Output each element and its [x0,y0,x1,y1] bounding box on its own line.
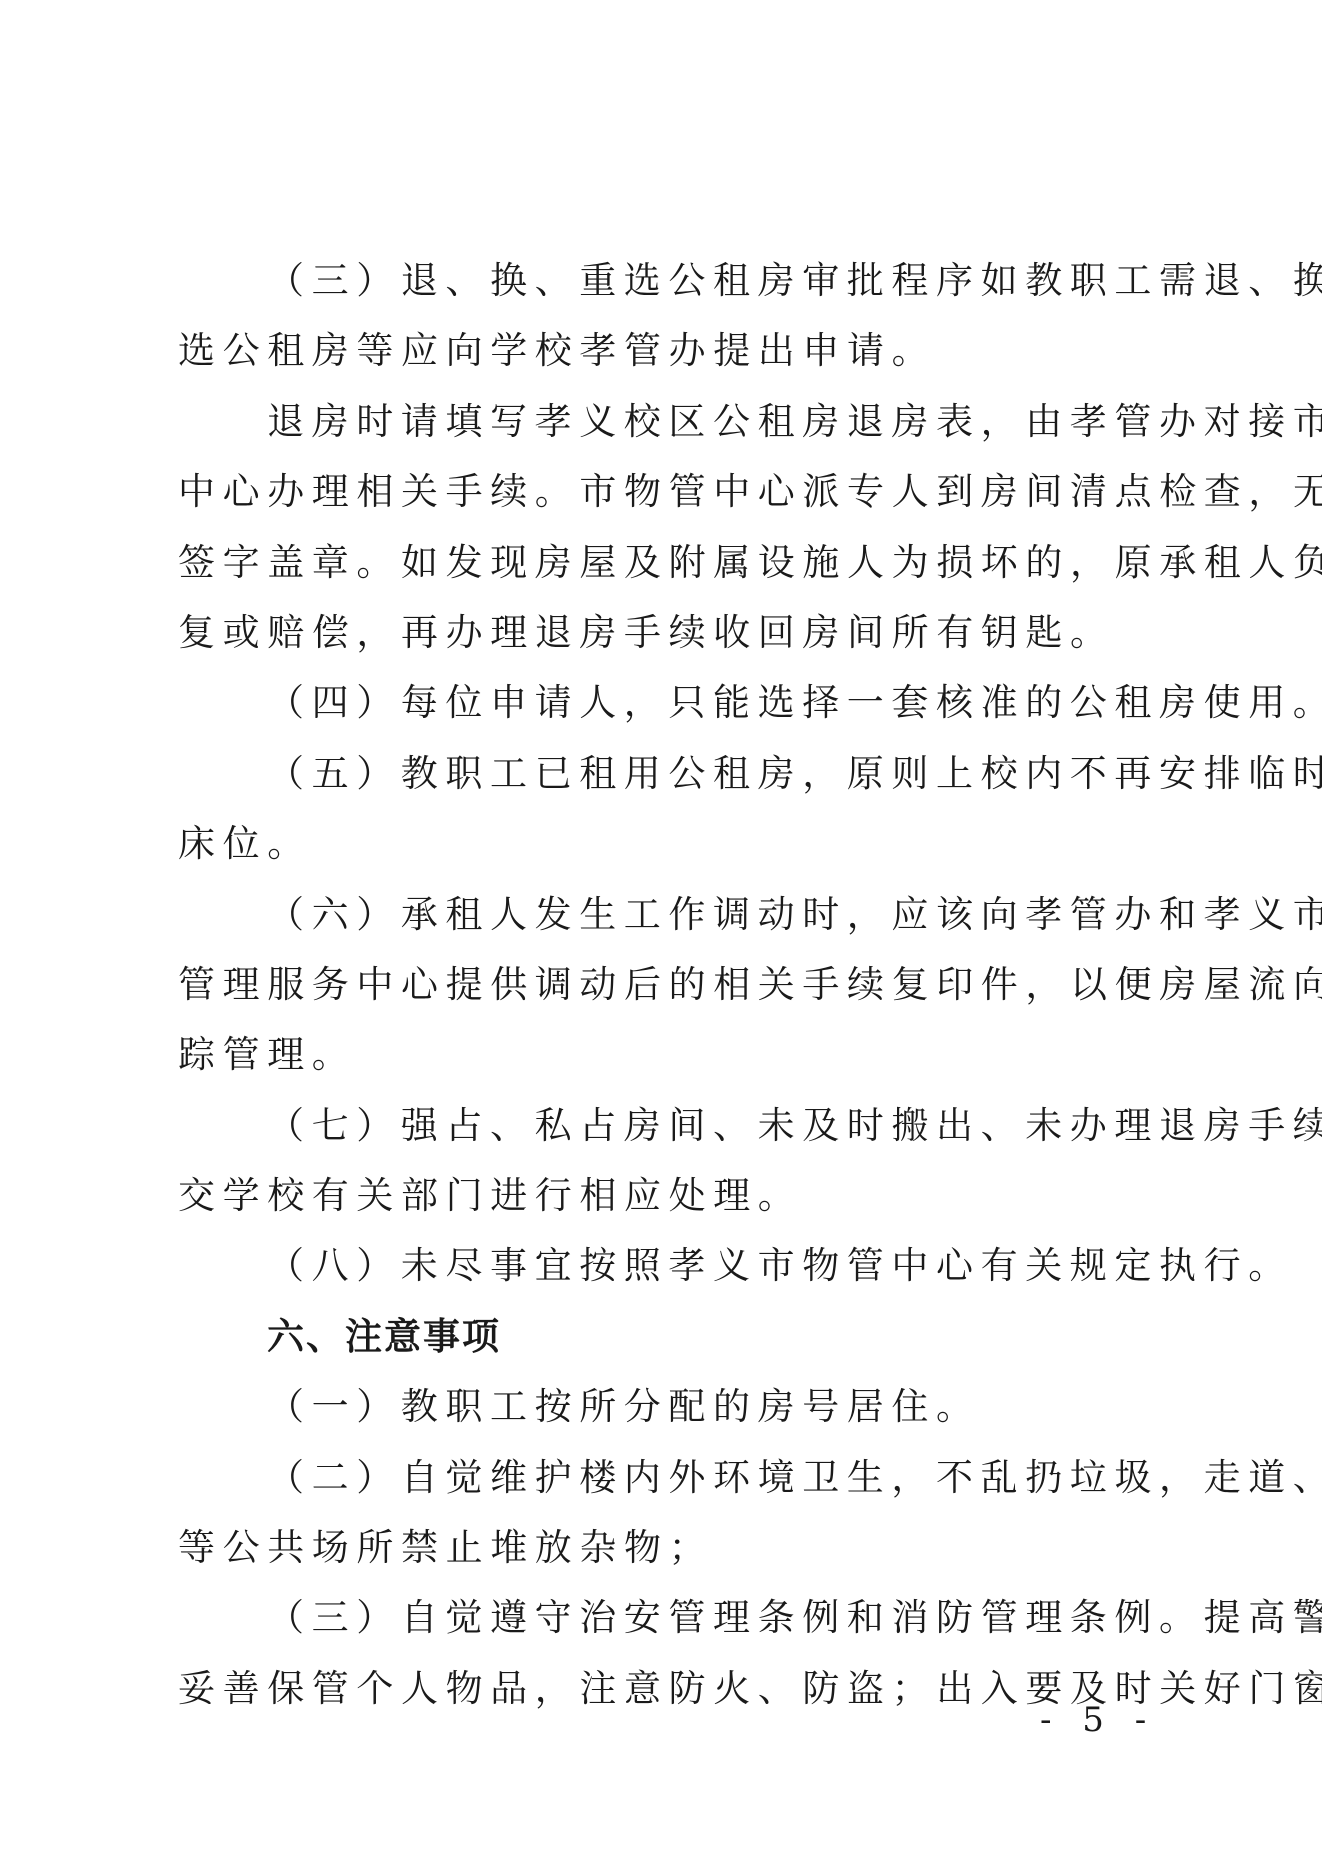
paragraph-line: 选公租房等应向学校孝管办提出申请。 [178,316,1163,386]
paragraph-line: （七）强占、私占房间、未及时搬出、未办理退房手续者提 [178,1091,1163,1161]
paragraph-line: （五）教职工已租用公租房，原则上校内不再安排临时休息 [178,739,1163,809]
paragraph-line: 床位。 [178,809,1163,879]
paragraph-line: 退房时请填写孝义校区公租房退房表，由孝管办对接市物管 [178,387,1163,457]
section-heading: 六、注意事项 [178,1302,1163,1372]
document-page: （三）退、换、重选公租房审批程序如教职工需退、换、重 选公租房等应向学校孝管办提… [178,246,1163,1724]
paragraph-line: 复或赔偿，再办理退房手续收回房间所有钥匙。 [178,598,1163,668]
paragraph-line: （三）退、换、重选公租房审批程序如教职工需退、换、重 [178,246,1163,316]
paragraph-line: （八）未尽事宜按照孝义市物管中心有关规定执行。 [178,1231,1163,1301]
page-number: - 5 - [1040,1700,1156,1740]
paragraph-line: （四）每位申请人，只能选择一套核准的公租房使用。 [178,668,1163,738]
paragraph-line: （六）承租人发生工作调动时，应该向孝管办和孝义市物业 [178,880,1163,950]
paragraph-line: 踪管理。 [178,1020,1163,1090]
paragraph-line: 中心办理相关手续。市物管中心派专人到房间清点检查，无问题 [178,457,1163,527]
paragraph-line: 妥善保管个人物品，注意防火、防盗；出入要及时关好门窗，以 [178,1654,1163,1724]
paragraph-line: 签字盖章。如发现房屋及附属设施人为损坏的，原承租人负责修 [178,528,1163,598]
paragraph-line: 交学校有关部门进行相应处理。 [178,1161,1163,1231]
paragraph-line: （二）自觉维护楼内外环境卫生，不乱扔垃圾，走道、走廊 [178,1443,1163,1513]
paragraph-line: 等公共场所禁止堆放杂物； [178,1513,1163,1583]
paragraph-line: （三）自觉遵守治安管理条例和消防管理条例。提高警惕， [178,1583,1163,1653]
paragraph-line: 管理服务中心提供调动后的相关手续复印件，以便房屋流向的跟 [178,950,1163,1020]
paragraph-line: （一）教职工按所分配的房号居住。 [178,1372,1163,1442]
